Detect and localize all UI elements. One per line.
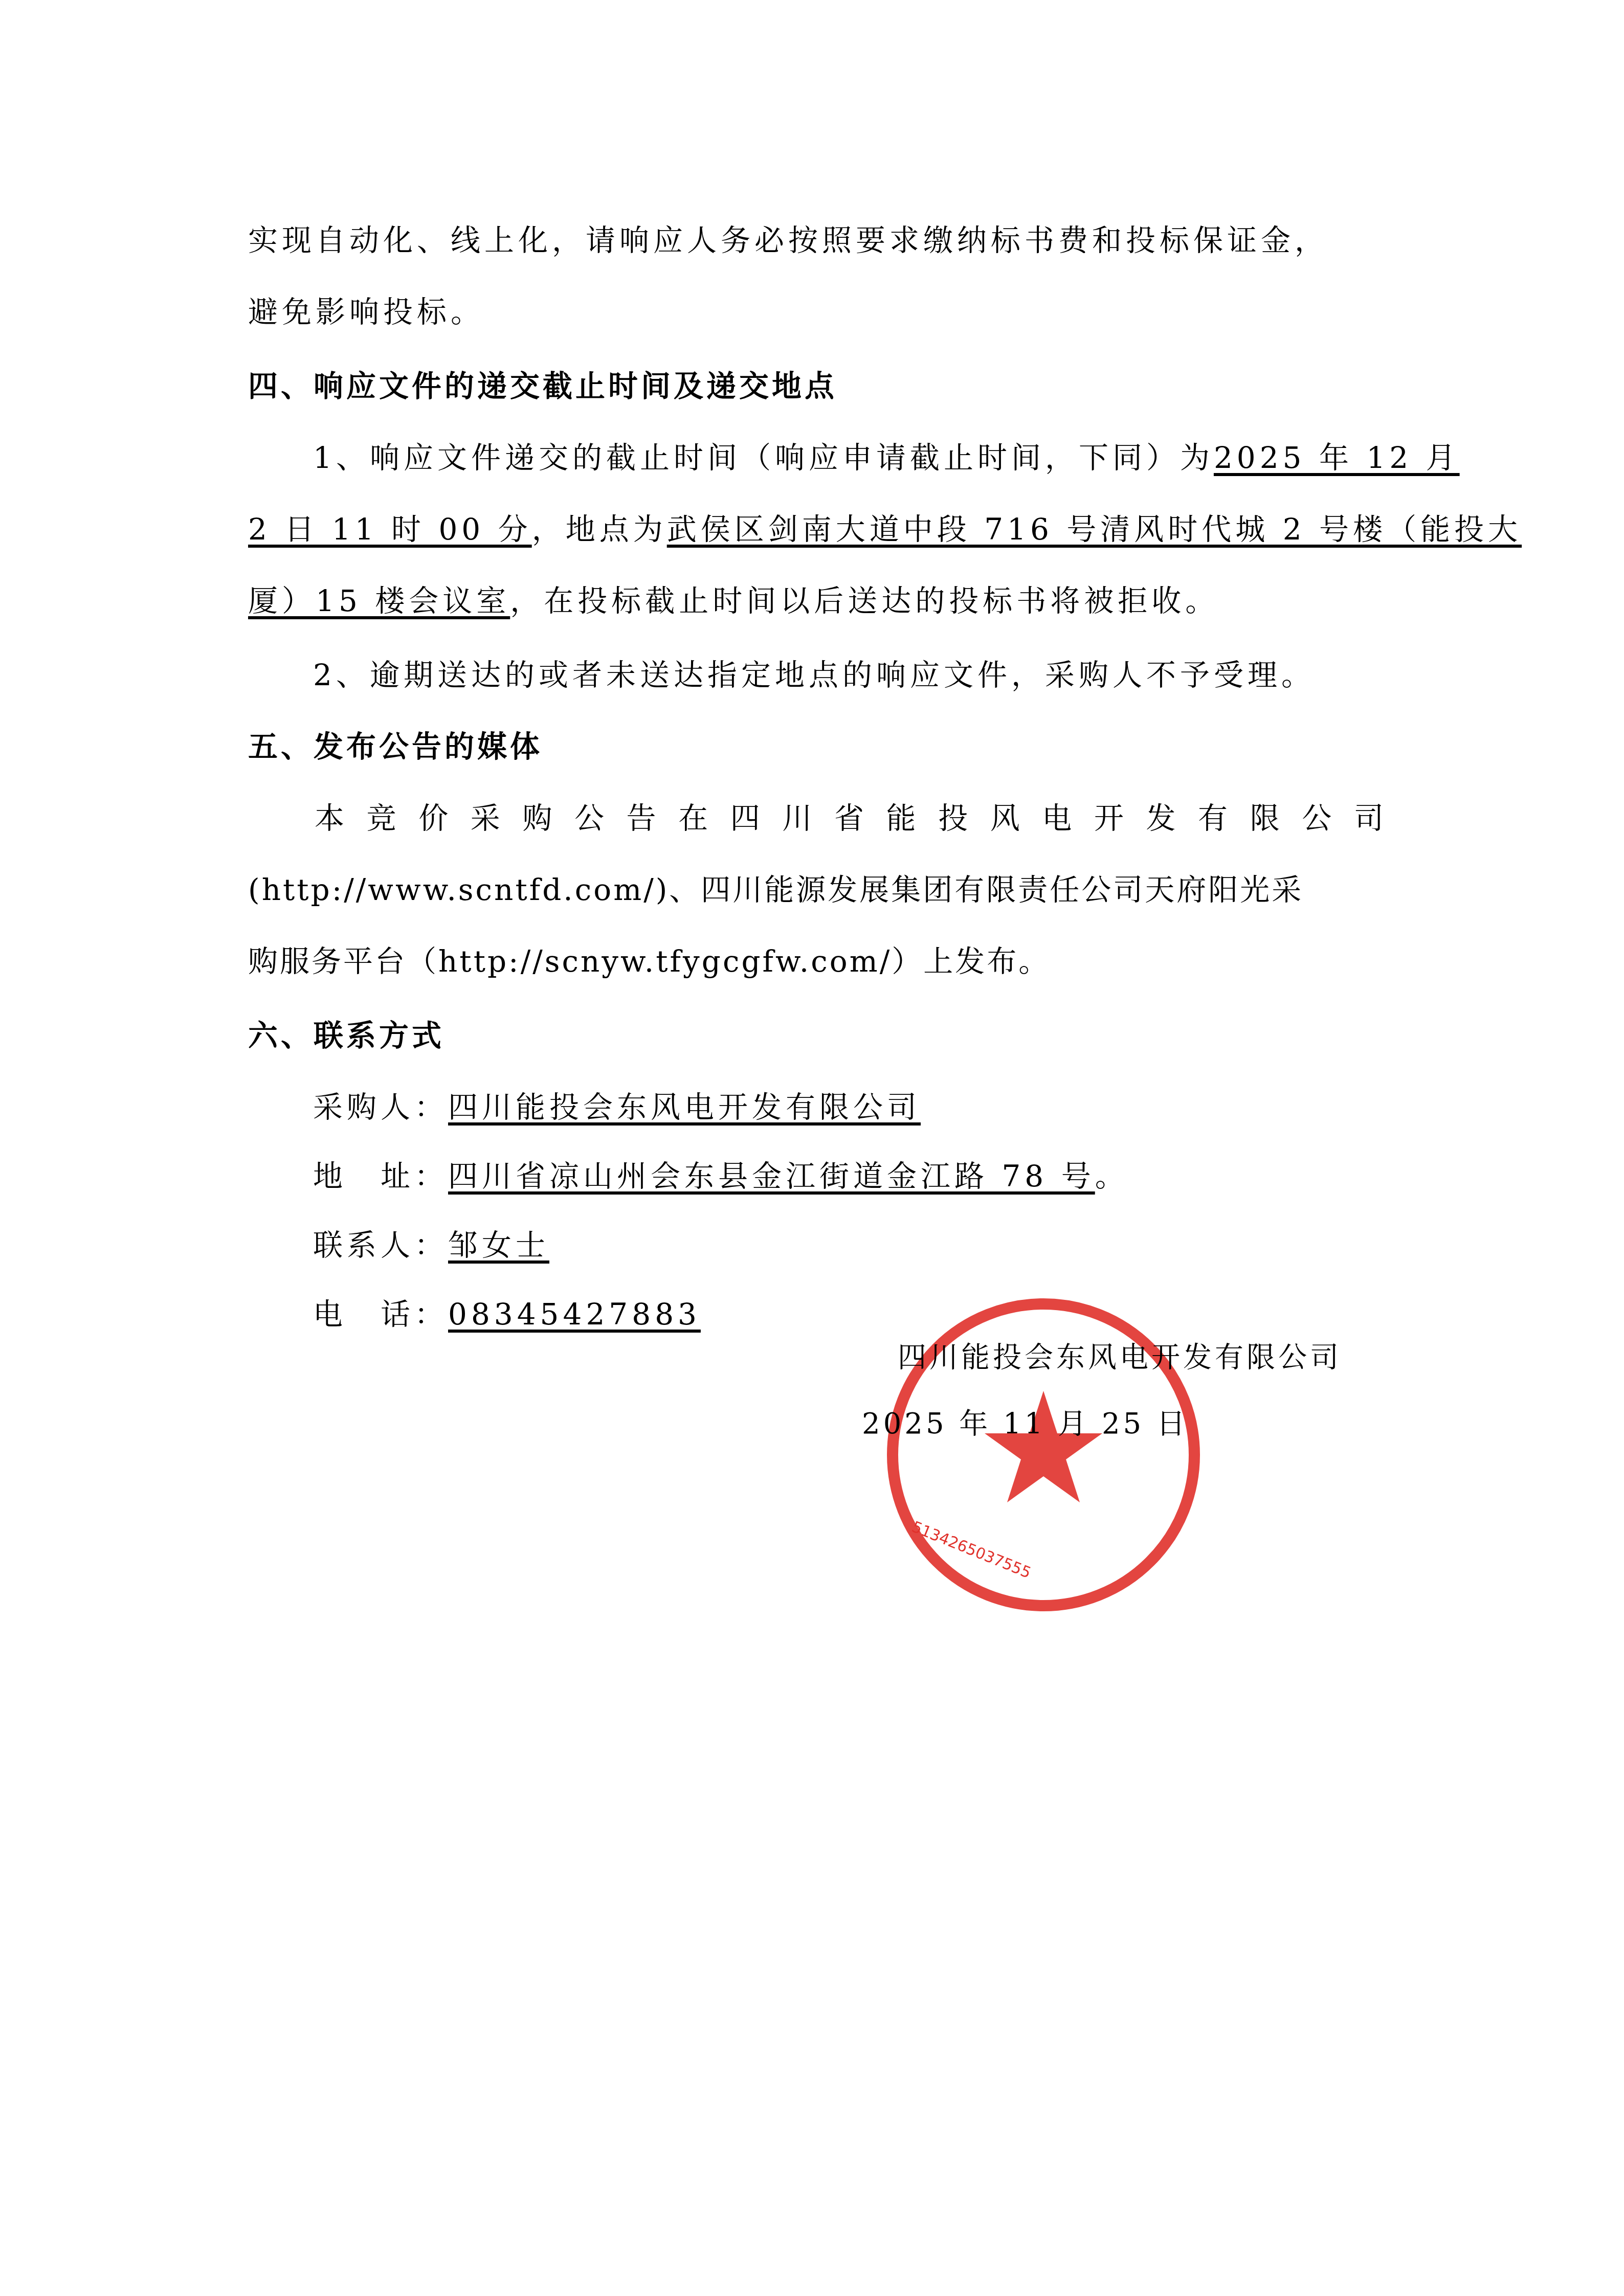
phone-value: 08345427883 xyxy=(448,1297,701,1332)
section-heading-5: 五、发布公告的媒体 xyxy=(248,726,543,767)
address-label: 地 址： xyxy=(313,1159,448,1194)
char: 投 xyxy=(938,798,968,839)
phone-row: 电 话：08345427883 xyxy=(313,1294,701,1335)
char: 发 xyxy=(1146,798,1176,839)
location-text-2: 厦）15 楼会议室 xyxy=(248,583,510,618)
char: 有 xyxy=(1198,798,1228,839)
char: 本 xyxy=(315,798,344,839)
item1-mid: ，地点为 xyxy=(532,512,667,547)
purchaser-row: 采购人：四川能投会东风电开发有限公司 xyxy=(313,1087,921,1128)
char: 购 xyxy=(522,798,552,839)
section4-item1-line3: 厦）15 楼会议室，在投标截止时间以后送达的投标书将被拒收。 xyxy=(248,580,1219,621)
contact-value: 邹女士 xyxy=(448,1228,549,1263)
char: 能 xyxy=(886,798,916,839)
address-suffix: 。 xyxy=(1095,1159,1129,1194)
signature-date: 2025 年 11 月 25 日 xyxy=(862,1406,1188,1442)
purchaser-value: 四川能投会东风电开发有限公司 xyxy=(448,1090,921,1124)
char: 采 xyxy=(471,798,500,839)
deadline-text-1: 2025 年 12 月 xyxy=(1214,440,1460,475)
phone-label: 电 话： xyxy=(313,1297,448,1332)
char: 四 xyxy=(730,798,760,839)
char: 限 xyxy=(1250,798,1280,839)
char: 公 xyxy=(574,798,604,839)
location-text-1: 武侯区剑南大道中段 716 号清风时代城 2 号楼（能投大 xyxy=(667,512,1522,547)
char: 电 xyxy=(1042,798,1072,839)
char: 在 xyxy=(678,798,708,839)
paragraph-line: 避免影响投标。 xyxy=(248,291,484,332)
char: 川 xyxy=(782,798,812,839)
section5-line3: 购服务平台（http://scnyw.tfygcgfw.com/）上发布。 xyxy=(248,941,1050,982)
char: 风 xyxy=(990,798,1020,839)
deadline-text-2: 2 日 11 时 00 分 xyxy=(248,512,532,547)
section5-line1: 本 竞 价 采 购 公 告 在 四 川 省 能 投 风 电 开 发 有 限 公 … xyxy=(315,798,1384,839)
document-page: 实现自动化、线上化，请响应人务必按照要求缴纳标书费和投标保证金， 避免影响投标。… xyxy=(0,0,1624,2296)
section4-item2: 2、逾期送达的或者未送达指定地点的响应文件，采购人不予受理。 xyxy=(313,655,1315,695)
char: 司 xyxy=(1354,798,1384,839)
item1-prefix: 1、响应文件递交的截止时间（响应申请截止时间，下同）为 xyxy=(313,440,1214,475)
contact-row: 联系人：邹女士 xyxy=(313,1225,549,1266)
purchaser-label: 采购人： xyxy=(313,1090,448,1124)
char: 省 xyxy=(834,798,864,839)
contact-label: 联系人： xyxy=(313,1228,448,1263)
item1-suffix: ，在投标截止时间以后送达的投标书将被拒收。 xyxy=(510,583,1219,618)
section-heading-4: 四、响应文件的递交截止时间及递交地点 xyxy=(248,366,837,407)
char: 价 xyxy=(418,798,448,839)
company-seal-stamp: 5134265037555 xyxy=(877,1289,1210,1621)
section4-item1-line1: 1、响应文件递交的截止时间（响应申请截止时间，下同）为2025 年 12 月 xyxy=(313,437,1460,478)
char: 开 xyxy=(1094,798,1124,839)
address-value: 四川省凉山州会东县金江街道金江路 78 号 xyxy=(448,1159,1095,1194)
section-heading-6: 六、联系方式 xyxy=(248,1015,444,1056)
section5-line2: (http://www.scntfd.com/)、四川能源发展集团有限责任公司天… xyxy=(248,869,1303,910)
char: 公 xyxy=(1302,798,1331,839)
address-row: 地 址：四川省凉山州会东县金江街道金江路 78 号。 xyxy=(313,1156,1129,1197)
signature-company: 四川能投会东风电开发有限公司 xyxy=(898,1340,1342,1376)
section4-item1-line2: 2 日 11 时 00 分，地点为武侯区剑南大道中段 716 号清风时代城 2 … xyxy=(248,509,1522,550)
char: 竞 xyxy=(367,798,396,839)
char: 告 xyxy=(627,798,656,839)
paragraph-line: 实现自动化、线上化，请响应人务必按照要求缴纳标书费和投标保证金， xyxy=(248,220,1328,261)
